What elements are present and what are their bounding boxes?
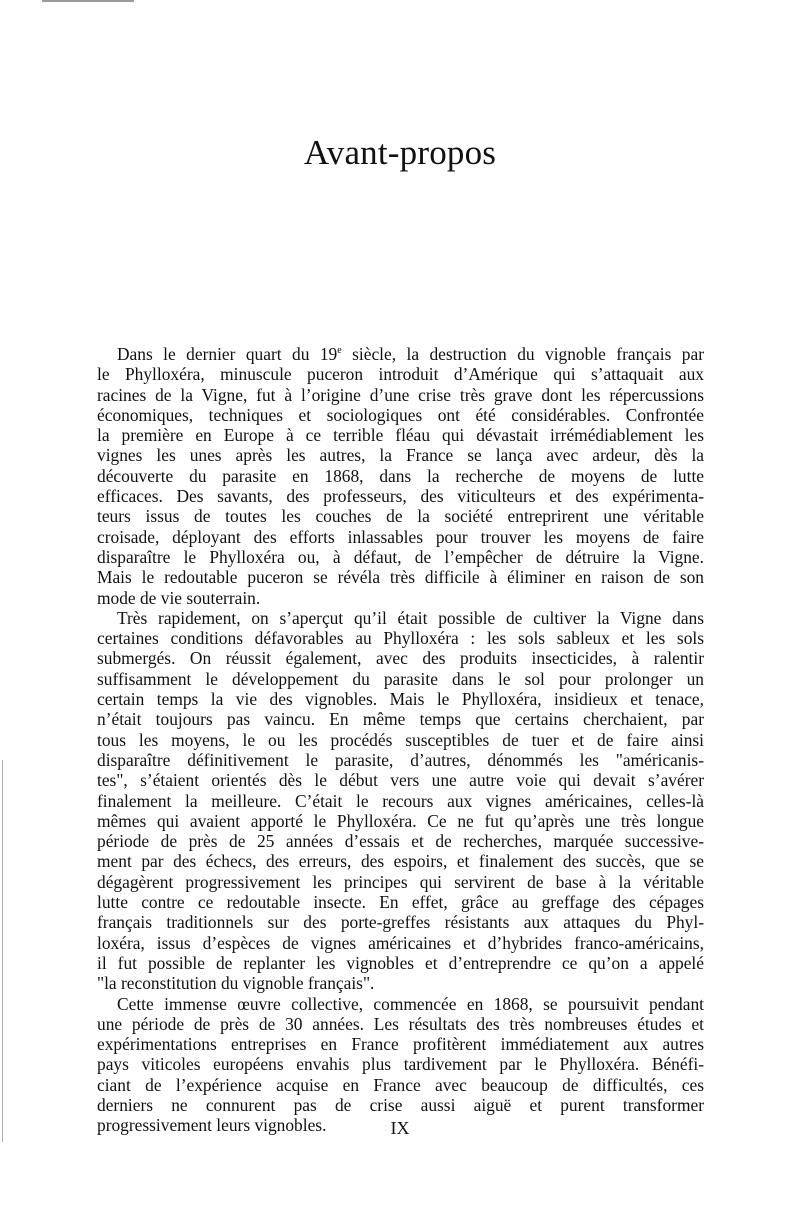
paragraph-1: Dans le dernier quart du 19e siècle, la …	[97, 344, 704, 608]
paragraph-3: Cette immense œuvre collective, commencé…	[97, 994, 704, 1136]
text-line: la première en Europe à ce terrible fléa…	[97, 425, 704, 445]
text-line: vignes les unes après les autres, la Fra…	[97, 445, 704, 465]
text-line: pays viticoles européens envahis plus ta…	[97, 1054, 704, 1074]
text-line: disparaître définitivement le parasite, …	[97, 750, 704, 770]
text-line: français traditionnels sur des porte-gre…	[97, 912, 704, 932]
scan-artifact-left-edge	[2, 760, 3, 1142]
page-number: IX	[0, 1118, 800, 1139]
text-line: disparaître le Phylloxéra ou, à défaut, …	[97, 547, 704, 567]
text-line: expérimentations entreprises en France p…	[97, 1034, 704, 1054]
text-line: lutte contre ce redoutable insecte. En e…	[97, 892, 704, 912]
text-line: Très rapidement, on s’aperçut qu’il étai…	[97, 608, 704, 628]
text-line: Dans le dernier quart du 19e siècle, la …	[97, 344, 704, 364]
text-line: ment par des échecs, des erreurs, des es…	[97, 851, 704, 871]
text-line: certain temps la vie des vignobles. Mais…	[97, 689, 704, 709]
text-line: économiques, techniques et sociologiques…	[97, 405, 704, 425]
text-line: croisade, déployant des efforts inlassab…	[97, 527, 704, 547]
text-line: finalement la meilleure. C’était le reco…	[97, 791, 704, 811]
text-line: mode de vie souterrain.	[97, 588, 704, 608]
text-line: tous les moyens, le ou les procédés susc…	[97, 730, 704, 750]
text-line: suffisamment le développement du parasit…	[97, 669, 704, 689]
text-line: certaines conditions défavorables au Phy…	[97, 628, 704, 648]
text-line: tes", s’étaient orientés dès le début ve…	[97, 770, 704, 790]
body-text: Dans le dernier quart du 19e siècle, la …	[97, 344, 704, 1136]
text-line: découverte du parasite en 1868, dans la …	[97, 466, 704, 486]
text-line: submergés. On réussit également, avec de…	[97, 648, 704, 668]
text-line: efficaces. Des savants, des professeurs,…	[97, 486, 704, 506]
paragraph-2: Très rapidement, on s’aperçut qu’il étai…	[97, 608, 704, 994]
text-line: racines de la Vigne, fut à l’origine d’u…	[97, 385, 704, 405]
text-line: dégagèrent progressivement les principes…	[97, 872, 704, 892]
text-line: n’était toujours pas vaincu. En même tem…	[97, 709, 704, 729]
text-line: Cette immense œuvre collective, commencé…	[97, 994, 704, 1014]
text-line: ciant de l’expérience acquise en France …	[97, 1075, 704, 1095]
text-line: une période de près de 30 années. Les ré…	[97, 1014, 704, 1034]
text-line: "la reconstitution du vignoble français"…	[97, 973, 704, 993]
text-line: période de près de 25 années d’essais et…	[97, 831, 704, 851]
text-line: mêmes qui avaient apporté le Phylloxéra.…	[97, 811, 704, 831]
text-line: derniers ne connurent pas de crise aussi…	[97, 1095, 704, 1115]
page-title: Avant-propos	[0, 128, 800, 178]
text-line: loxéra, issus d’espèces de vignes améric…	[97, 933, 704, 953]
scan-artifact-top-bar	[42, 0, 134, 2]
text-line: teurs issus de toutes les couches de la …	[97, 506, 704, 526]
text-line: Mais le redoutable puceron se révéla trè…	[97, 567, 704, 587]
text-line: le Phylloxéra, minuscule puceron introdu…	[97, 364, 704, 384]
text-line: il fut possible de replanter les vignobl…	[97, 953, 704, 973]
